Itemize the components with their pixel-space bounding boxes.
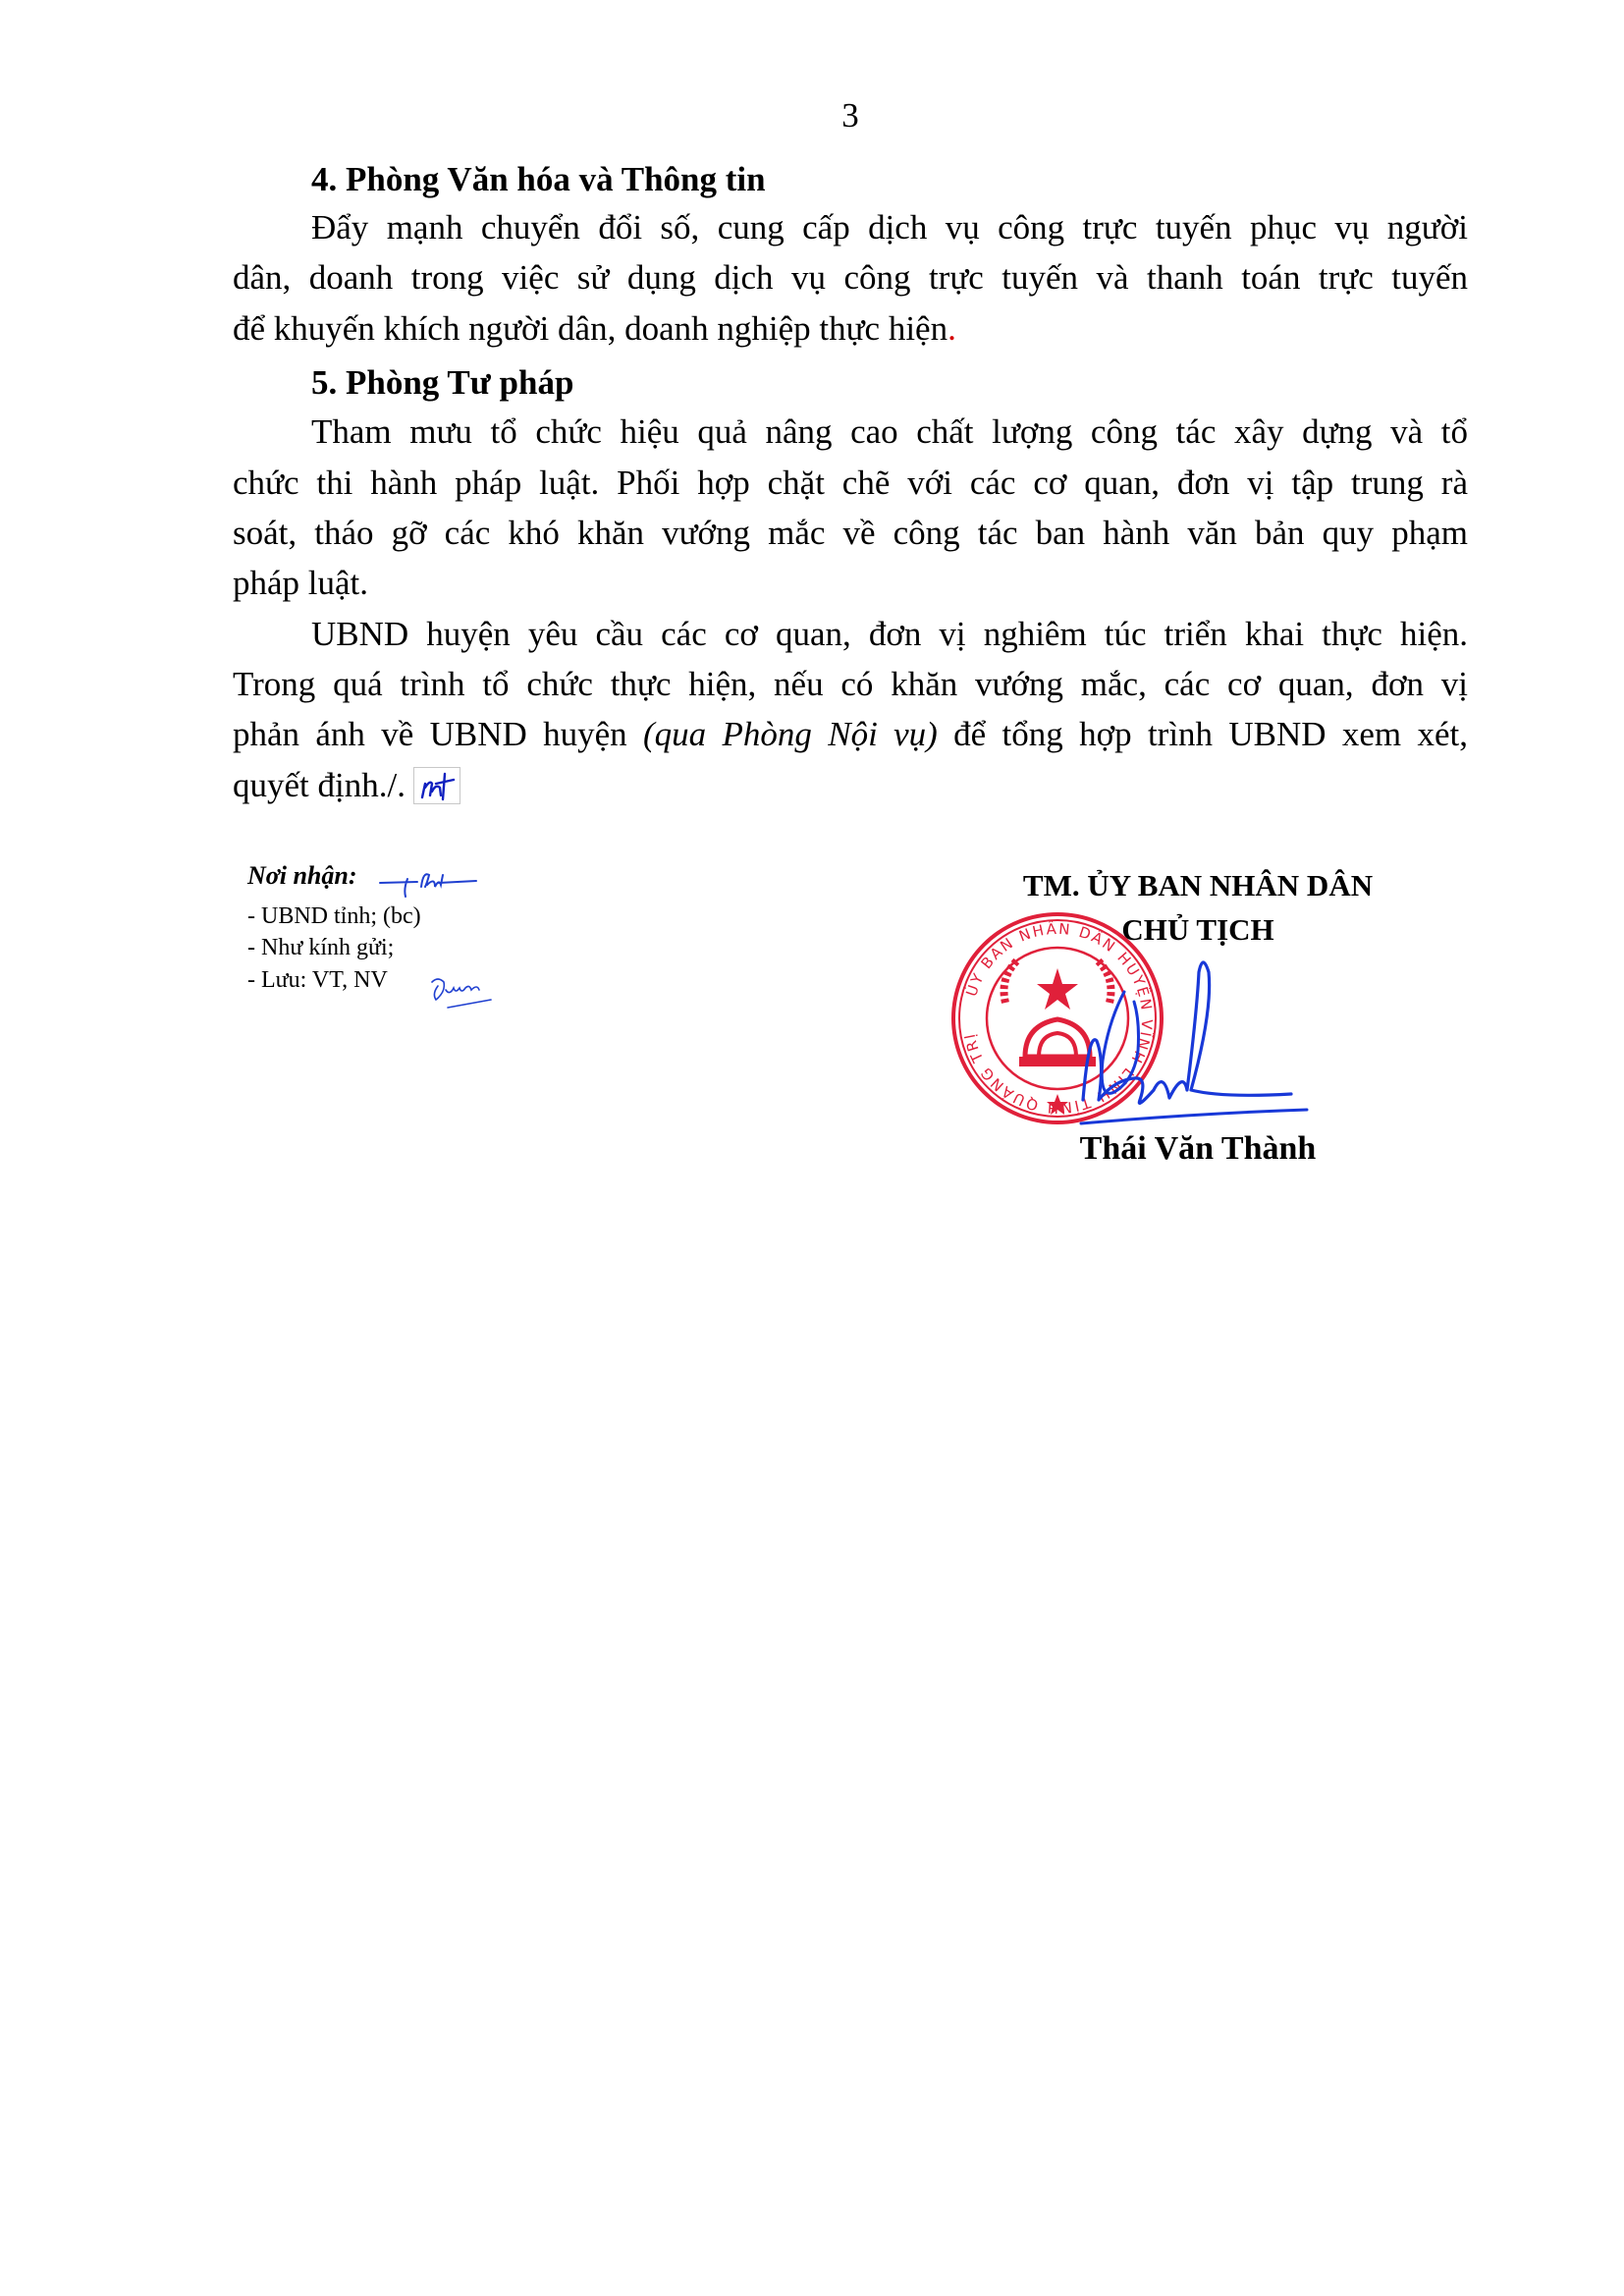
paragraph-text: để khuyến khích người dân, doanh nghiệp … [233,309,947,348]
archive-initial-signature-icon [428,972,507,1011]
recipient-item: - Lưu: VT, NV [247,965,388,995]
signer-name: Thái Văn Thành [943,1129,1453,1169]
signature-position: CHỦ TỊCH [943,912,1453,948]
stamp-text: ỦY BAN NHÂN DÂN HUYỆN VĨNH LINH TỈNH QUẢ… [960,919,1156,1118]
recipients-initial-signature-icon [378,869,486,899]
paragraph-line: để khuyến khích người dân, doanh nghiệp … [233,309,1468,349]
paragraph-line: chức thi hành pháp luật. Phối hợp chặt c… [233,464,1468,503]
closing-line: phản ánh về UBND huyện (qua Phòng Nội vụ… [233,715,1468,754]
section-heading-4: 4. Phòng Văn hóa và Thông tin [311,160,1468,199]
closing-italic-note: (qua Phòng Nội vụ) [643,715,938,753]
recipient-item: - UBND tỉnh; (bc) [247,902,421,931]
closing-line: UBND huyện yêu cầu các cơ quan, đơn vị n… [311,615,1468,654]
recipients-title: Nơi nhận: [247,861,357,891]
page-number: 3 [0,96,1624,136]
paragraph-line: pháp luật. [233,564,1468,603]
closing-line: Trong quá trình tổ chức thực hiện, nếu c… [233,665,1468,704]
closing-line: quyết định./. [233,766,1468,805]
section-heading-5: 5. Phòng Tư pháp [311,363,1468,403]
handwritten-signature-icon [1075,953,1321,1129]
paragraph-line: Đẩy mạnh chuyển đổi số, cung cấp dịch vụ… [311,208,1468,247]
initials-signature-icon [416,770,458,801]
recipient-item: - Như kính gửi; [247,933,394,962]
paragraph-line: dân, doanh trong việc sử dụng dịch vụ cô… [233,258,1468,298]
svg-text:ỦY BAN NHÂN DÂN HUYỆN VĨNH LIN: ỦY BAN NHÂN DÂN HUYỆN VĨNH LINH TỈNH QUẢ… [960,919,1156,1118]
closing-text: để tổng hợp trình UBND xem xét, [938,715,1468,753]
red-period: . [947,309,956,348]
signature-on-behalf: TM. ỦY BAN NHÂN DÂN [943,868,1453,903]
paragraph-line: Tham mưu tổ chức hiệu quả nâng cao chất … [311,412,1468,452]
closing-text: quyết định./. [233,766,406,804]
paragraph-line: soát, tháo gỡ các khó khăn vướng mắc về … [233,514,1468,553]
initials-box [413,767,460,804]
closing-text: phản ánh về UBND huyện [233,715,643,753]
